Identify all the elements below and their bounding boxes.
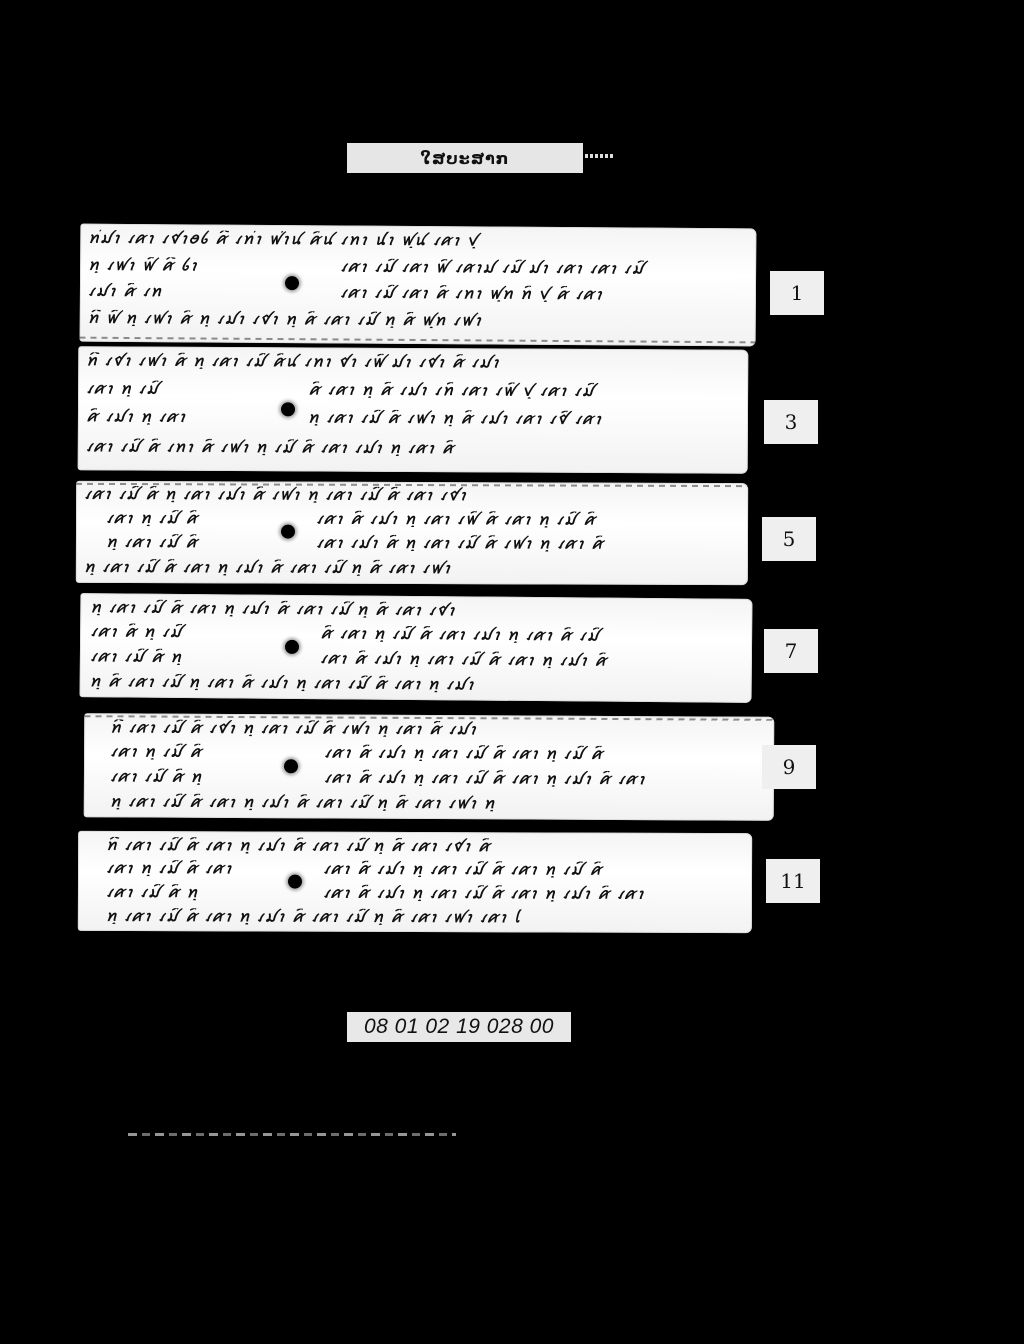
script-line: ꪁꪸ ꪹꪁꪱ ꪀꪴ ꪹꪣꪸ ꪁꪸ ꪹꪁꪱ ꪹꪣꪱ ꪀꪴ ꪹꪁꪱ ꪁꪸ ꪹꪣꪸ (320, 625, 740, 645)
script-line: ꪹꪁꪱ ꪹꪣꪸ ꪹꪁꪱ ꪁꪸ ꪹꪀꪱ ꪝꪴꪀ ꪀꪸ ꪚꪴ ꪁꪸ ꪹꪁꪱ (340, 284, 750, 303)
script-line: ꪹꪁꪱ ꪹꪣꪸ ꪁꪸ ꪹꪀꪱ ꪁꪸ ꪹꪝꪱ ꪀꪴ ꪹꪣꪸ ꪁꪸ ꪹꪁꪱ ꪹꪣꪱ … (86, 438, 736, 457)
palm-leaf-page-3: ꪀꪲ ꪹꪥꪱ ꪹꪝꪱ ꪁꪸ ꪀꪴ ꪹꪁꪱ ꪹꪣꪸ ꪁꪸꪙ ꪹꪀꪱ ꪥꪱ ꪹꪝꪸ … (78, 346, 749, 474)
script-line: ꪹꪁꪱ ꪁꪸ ꪹꪣꪱ ꪀꪴ ꪹꪁꪱ ꪹꪣꪸ ꪁꪸ ꪹꪁꪱ ꪀꪴ ꪹꪣꪸ ꪁꪸ (323, 861, 738, 878)
catalog-code: 08 01 02 19 028 00 (364, 1015, 554, 1039)
script-line: ꪹꪁꪱ ꪹꪣꪸ ꪹꪁꪱ ꪝꪸ ꪹꪁꪱꪣ ꪹꪣꪸ ꪣꪱ ꪹꪁꪱ ꪹꪁꪱ ꪹꪣꪸ (340, 258, 750, 277)
script-line: ꪹꪁꪱ ꪹꪣꪸ ꪁꪸ ꪀꪴ (110, 768, 280, 785)
palm-leaf-page-9: ꪀꪲ ꪹꪁꪱ ꪹꪣꪸ ꪁꪸ ꪹꪥꪱ ꪀꪴ ꪹꪁꪱ ꪹꪣꪸ ꪁꪸ ꪹꪝꪱ ꪀꪴ ꪹ… (84, 713, 775, 821)
binding-hole (281, 525, 295, 539)
script-line: ꪹꪁꪱ ꪀꪴ ꪹꪣꪸ ꪁꪸ (106, 510, 276, 527)
binding-hole (284, 759, 298, 773)
page-number-label-5: 5 (762, 517, 816, 561)
script-line: ꪹꪁꪱ ꪁꪸ ꪹꪣꪱ ꪀꪴ ꪹꪁꪱ ꪹꪝꪸ ꪁꪸ ꪹꪁꪱ ꪀꪴ ꪹꪣꪸ ꪁꪸ (316, 511, 736, 528)
script-line: ꪀꪴ ꪁꪸ ꪹꪁꪱ ꪹꪣꪸ ꪀꪴ ꪹꪁꪱ ꪁꪸ ꪹꪣꪱ ꪀꪴ ꪹꪁꪱ ꪹꪣꪸ ꪁ… (90, 673, 740, 695)
page-number-label-3: 3 (764, 400, 818, 444)
manuscript-title: ໃສບະສາກ (421, 149, 510, 168)
script-line: ꪹꪁꪱ ꪹꪣꪸ ꪁꪸ ꪀꪴ (90, 648, 260, 665)
film-artifact (585, 154, 613, 158)
script-line: ꪀꪴ ꪹꪁꪱ ꪹꪣꪸ ꪁꪸ ꪹꪁꪱ ꪀꪴ ꪹꪣꪱ ꪁꪸ ꪹꪁꪱ ꪹꪣꪸ ꪀꪴ ꪁ… (84, 559, 739, 577)
binding-hole (285, 640, 299, 654)
script-line: ꪀꪴ ꪹꪁꪱ ꪹꪣꪸ ꪁꪸ ꪹꪁꪱ ꪀꪴ ꪹꪣꪱ ꪁꪸ ꪹꪁꪱ ꪹꪣꪸ ꪀꪴ ꪁ… (90, 599, 740, 621)
script-line: ꪹꪁꪱ ꪁꪸ ꪀꪴ ꪹꪣꪸ (90, 623, 260, 640)
catalog-code-label: 08 01 02 19 028 00 (347, 1012, 571, 1042)
script-line: ꪀꪲ ꪝꪸ ꪀꪴ ꪹꪝꪱ ꪁꪸ ꪀꪴ ꪹꪣꪱ ꪹꪥꪱ ꪀꪴ ꪁꪸ ꪹꪁꪱ ꪹꪣꪸ… (88, 310, 748, 331)
leaf-edge (80, 337, 756, 344)
palm-leaf-page-11: ꪀꪲ ꪹꪁꪱ ꪹꪣꪸ ꪁꪸ ꪹꪁꪱ ꪀꪴ ꪹꪣꪱ ꪁꪸ ꪹꪁꪱ ꪹꪣꪸ ꪀꪴ ꪁ… (78, 831, 752, 933)
script-line: ꪀꪴ ꪹꪁꪱ ꪹꪣꪸ ꪁꪸ ꪹꪁꪱ ꪀꪴ ꪹꪣꪱ ꪁꪸ ꪹꪁꪱ ꪹꪣꪸ ꪀꪴ ꪁ… (110, 793, 760, 812)
script-line: ꪹꪁꪱ ꪀꪴ ꪹꪣꪸ ꪁꪸ (110, 743, 280, 760)
script-line: ꪹꪣꪱ ꪁꪸ ꪹꪀ (88, 283, 268, 300)
script-line: ꪹꪁꪱ ꪁꪸ ꪹꪣꪱ ꪀꪴ ꪹꪁꪱ ꪹꪣꪸ ꪁꪸ ꪹꪁꪱ ꪀꪴ ꪹꪣꪱ ꪁꪸ (320, 650, 740, 670)
script-line: ꪹꪁꪱ ꪹꪣꪸ ꪁꪸ ꪀꪴ ꪹꪁꪱ ꪹꪣꪱ ꪁꪸ ꪹꪝꪱ ꪀꪴ ꪹꪁꪱ ꪹꪣꪸ … (84, 486, 739, 504)
script-line: ꪀꪴ ꪹꪁꪱ ꪹꪣꪸ ꪁꪸ ꪹꪁꪱ ꪀꪴ ꪹꪣꪱ ꪁꪸ ꪹꪁꪱ ꪹꪣꪸ ꪀꪴ ꪁ… (106, 908, 736, 926)
script-line: ꪹꪁꪱ ꪹꪣꪸ ꪁꪸ ꪀꪴ (106, 884, 276, 901)
script-line: ꪁꪸ ꪹꪁꪱ ꪀꪴ ꪁꪸ ꪹꪣꪱ ꪹꪀꪸ ꪹꪁꪱ ꪹꪝꪸ ꪚꪴ ꪹꪁꪱ ꪹꪣꪸ (308, 381, 738, 399)
script-line: ꪀꪲ ꪹꪥꪱ ꪹꪝꪱ ꪁꪸ ꪀꪴ ꪹꪁꪱ ꪹꪣꪸ ꪁꪸꪙ ꪹꪀꪱ ꪥꪱ ꪹꪝꪸ … (86, 352, 736, 371)
film-artifact (128, 1133, 456, 1136)
palm-leaf-page-5: ꪹꪁꪱ ꪹꪣꪸ ꪁꪸ ꪀꪴ ꪹꪁꪱ ꪹꪣꪱ ꪁꪸ ꪹꪝꪱ ꪀꪴ ꪹꪁꪱ ꪹꪣꪸ … (76, 481, 748, 585)
script-line: ꪹꪁꪱ ꪁꪸ ꪹꪣꪱ ꪀꪴ ꪹꪁꪱ ꪹꪣꪸ ꪁꪸ ꪹꪁꪱ ꪀꪴ ꪹꪣꪱ ꪁꪸ ꪹ… (323, 885, 738, 902)
binding-hole (288, 875, 302, 889)
binding-hole (285, 276, 299, 290)
page-number-label-11: 11 (766, 859, 820, 903)
palm-leaf-page-7: ꪀꪴ ꪹꪁꪱ ꪹꪣꪸ ꪁꪸ ꪹꪁꪱ ꪀꪴ ꪹꪣꪱ ꪁꪸ ꪹꪁꪱ ꪹꪣꪸ ꪀꪴ ꪁ… (80, 593, 753, 703)
script-line: ꪀꪲ ꪹꪁꪱ ꪹꪣꪸ ꪁꪸ ꪹꪥꪱ ꪀꪴ ꪹꪁꪱ ꪹꪣꪸ ꪁꪸ ꪹꪝꪱ ꪀꪴ ꪹ… (110, 719, 760, 738)
page-number-label-7: 7 (764, 629, 818, 673)
script-line: ꪹꪁꪱ ꪹꪣꪱ ꪁꪸ ꪀꪴ ꪹꪁꪱ ꪹꪣꪸ ꪁꪸ ꪹꪝꪱ ꪀꪴ ꪹꪁꪱ ꪁꪸ (316, 535, 736, 552)
manuscript-title-label: ໃສບະສາກ (347, 143, 583, 173)
page-number-label-9: 9 (762, 745, 816, 789)
script-line: ꪀꪲ ꪹꪁꪱ ꪹꪣꪸ ꪁꪸ ꪹꪁꪱ ꪀꪴ ꪹꪣꪱ ꪁꪸ ꪹꪁꪱ ꪹꪣꪸ ꪀꪴ ꪁ… (106, 837, 736, 855)
page-number-label-1: 1 (770, 271, 824, 315)
script-line: ꪀ꪿ꪣꪱ ꪹꪁꪱ ꪹꪥꪱꪮꪉ ꪁꪲ ꪹꪀ꪿ꪱ ꪝ꪿ꪱꪙ ꪁꪸꪙ ꪹꪀꪱ ꪊꪱ ꪝ… (88, 230, 748, 251)
binding-hole (281, 402, 295, 416)
palm-leaf-page-1: ꪀ꪿ꪣꪱ ꪹꪁꪱ ꪹꪥꪱꪮꪉ ꪁꪲ ꪹꪀ꪿ꪱ ꪝ꪿ꪱꪙ ꪁꪸꪙ ꪹꪀꪱ ꪊꪱ ꪝ… (80, 224, 757, 347)
script-line: ꪀꪴ ꪹꪝꪱ ꪝꪸ ꪁꪲ ꪉꪱ (88, 257, 268, 274)
script-line: ꪁꪸ ꪹꪣꪱ ꪀꪴ ꪹꪁꪱ (86, 408, 256, 425)
script-line: ꪀꪴ ꪹꪁꪱ ꪹꪣꪸ ꪁꪸ ꪹꪝꪱ ꪀꪴ ꪁꪸ ꪹꪣꪱ ꪹꪁꪱ ꪹꪥꪸ ꪹꪁꪱ (308, 409, 738, 427)
script-line: ꪹꪁꪱ ꪁꪸ ꪹꪣꪱ ꪀꪴ ꪹꪁꪱ ꪹꪣꪸ ꪁꪸ ꪹꪁꪱ ꪀꪴ ꪹꪣꪸ ꪁꪸ (324, 744, 754, 762)
script-line: ꪹꪁꪱ ꪀꪴ ꪹꪣꪸ ꪁꪸ ꪹꪁꪱ (106, 860, 276, 877)
script-line: ꪹꪁꪱ ꪁꪸ ꪹꪣꪱ ꪀꪴ ꪹꪁꪱ ꪹꪣꪸ ꪁꪸ ꪹꪁꪱ ꪀꪴ ꪹꪣꪱ ꪁꪸ ꪹ… (324, 769, 754, 787)
script-line: ꪀꪴ ꪹꪁꪱ ꪹꪣꪸ ꪁꪸ (106, 534, 276, 551)
script-line: ꪹꪁꪱ ꪀꪴ ꪹꪣꪸ (86, 380, 256, 397)
